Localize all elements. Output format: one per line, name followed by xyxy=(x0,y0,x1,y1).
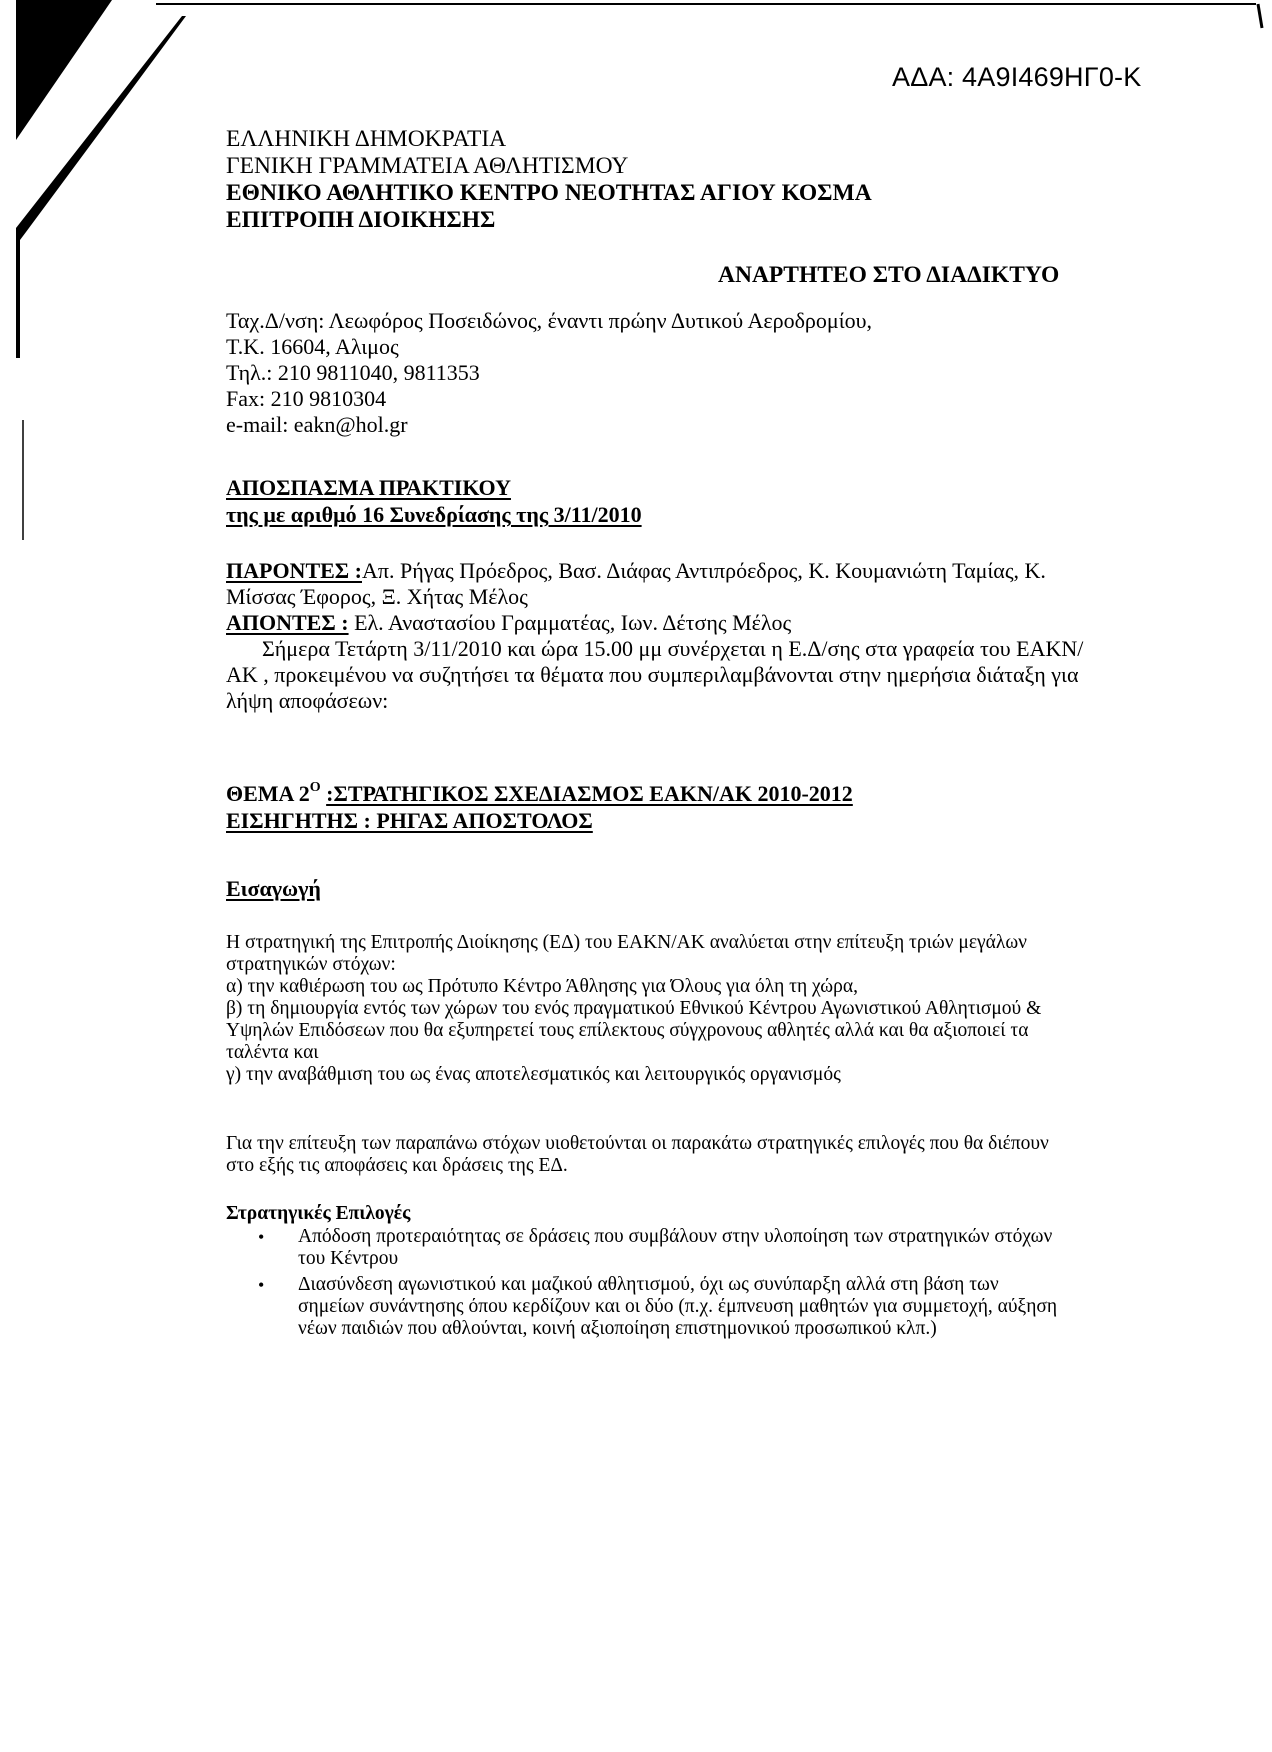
header-block: ΕΛΛΗΝΙΚΗ ΔΗΜΟΚΡΑΤΙΑ ΓΕΝΙΚΗ ΓΡΑΜΜΑΤΕΙΑ ΑΘ… xyxy=(226,126,872,234)
post-online-notice: ΑΝΑΡΤΗΤΕΟ ΣΤΟ ΔΙΑΔΙΚΤΥΟ xyxy=(718,262,1059,289)
absent-label: ΑΠΟΝΤΕΣ : xyxy=(226,610,349,635)
strategy-paragraph: Για την επίτευξη των παραπάνω στόχων υιο… xyxy=(226,1133,1056,1177)
theme-superscript: Ο xyxy=(310,780,321,795)
theme-rapporteur: ΕΙΣΗΓΗΤΗΣ : ΡΗΓΑΣ ΑΠΟΣΤΟΛΟΣ xyxy=(226,807,853,834)
strategic-choices-list: • Απόδοση προτεραιότητας σε δράσεις που … xyxy=(258,1226,1058,1344)
introduction-heading: Εισαγωγή xyxy=(226,876,321,902)
absent-line: ΑΠΟΝΤΕΣ : Ελ. Αναστασίου Γραμματέας, Ιων… xyxy=(226,610,1086,636)
header-center: ΕΘΝΙΚΟ ΑΘΛΗΤΙΚΟ ΚΕΝΤΡΟ ΝΕΟΤΗΤΑΣ ΑΓΙΟΥ ΚΟ… xyxy=(226,180,872,207)
intro-line: Η στρατηγική της Επιτροπής Διοίκησης (ΕΔ… xyxy=(226,932,1056,976)
strategic-choices-heading: Στρατηγικές Επιλογές xyxy=(226,1203,410,1225)
scan-edge-artifact xyxy=(0,0,1272,1752)
extract-heading: ΑΠΟΣΠΑΣΜΑ ΠΡΑΚΤΙΚΟΥ της με αριθμό 16 Συν… xyxy=(226,474,642,528)
contact-address: Ταχ.Δ/νση: Λεωφόρος Ποσειδώνος, έναντι π… xyxy=(226,308,872,334)
list-item: • Διασύνδεση αγωνιστικού και μαζικού αθλ… xyxy=(258,1274,1058,1340)
contact-phone: Τηλ.: 210 9811040, 9811353 xyxy=(226,360,872,386)
contact-postal: Τ.Κ. 16604, Αλιμος xyxy=(226,334,872,360)
contact-fax: Fax: 210 9810304 xyxy=(226,386,872,412)
bullet-icon: • xyxy=(258,1274,264,1296)
attendance-block: ΠΑΡΟΝΤΕΣ :Απ. Ρήγας Πρόεδρος, Βασ. Διάφα… xyxy=(226,558,1086,714)
theme-title: :ΣΤΡΑΤΗΓΙΚΟΣ ΣΧΕΔΙΑΣΜΟΣ ΕΑΚΝ/ΑΚ 2010-201… xyxy=(326,781,853,806)
contact-block: Ταχ.Δ/νση: Λεωφόρος Ποσειδώνος, έναντι π… xyxy=(226,308,872,438)
present-line: ΠΑΡΟΝΤΕΣ :Απ. Ρήγας Πρόεδρος, Βασ. Διάφα… xyxy=(226,558,1086,610)
header-secretariat: ΓΕΝΙΚΗ ΓΡΑΜΜΑΤΕΙΑ ΑΘΛΗΤΙΣΜΟΥ xyxy=(226,153,872,180)
meeting-text: Σήμερα Τετάρτη 3/11/2010 και ώρα 15.00 μ… xyxy=(226,636,1086,714)
theme-line: ΘΕΜΑ 2Ο :ΣΤΡΑΤΗΓΙΚΟΣ ΣΧΕΔΙΑΣΜΟΣ ΕΑΚΝ/ΑΚ … xyxy=(226,774,853,807)
intro-goal-c: γ) την αναβάθμιση του ως ένας αποτελεσμα… xyxy=(226,1064,1056,1086)
intro-goal-b: β) τη δημιουργία εντός των χώρων του ενό… xyxy=(226,998,1056,1064)
ada-code: ΑΔΑ: 4Α9Ι469ΗΓ0-Κ xyxy=(892,62,1141,93)
intro-goal-a: α) την καθιέρωση του ως Πρότυπο Κέντρο Ά… xyxy=(226,976,1056,998)
absent-members: Ελ. Αναστασίου Γραμματέας, Ιων. Δέτσης Μ… xyxy=(349,610,792,635)
theme-heading: ΘΕΜΑ 2Ο :ΣΤΡΑΤΗΓΙΚΟΣ ΣΧΕΔΙΑΣΜΟΣ ΕΑΚΝ/ΑΚ … xyxy=(226,774,853,834)
theme-prefix: ΘΕΜΑ 2 xyxy=(226,781,310,806)
scanned-document-page: ΑΔΑ: 4Α9Ι469ΗΓ0-Κ ΕΛΛΗΝΙΚΗ ΔΗΜΟΚΡΑΤΙΑ ΓΕ… xyxy=(0,0,1272,1752)
list-item: • Απόδοση προτεραιότητας σε δράσεις που … xyxy=(258,1226,1058,1270)
header-republic: ΕΛΛΗΝΙΚΗ ΔΗΜΟΚΡΑΤΙΑ xyxy=(226,126,872,153)
bullet-icon: • xyxy=(258,1226,264,1248)
extract-subtitle: της με αριθμό 16 Συνεδρίασης της 3/11/20… xyxy=(226,501,642,528)
introduction-paragraph: Η στρατηγική της Επιτροπής Διοίκησης (ΕΔ… xyxy=(226,932,1056,1086)
extract-title: ΑΠΟΣΠΑΣΜΑ ΠΡΑΚΤΙΚΟΥ xyxy=(226,474,642,501)
header-committee: ΕΠΙΤΡΟΠΗ ΔΙΟΙΚΗΣΗΣ xyxy=(226,207,872,234)
present-label: ΠΑΡΟΝΤΕΣ : xyxy=(226,558,362,583)
contact-email[interactable]: e-mail: eakn@hol.gr xyxy=(226,412,872,438)
